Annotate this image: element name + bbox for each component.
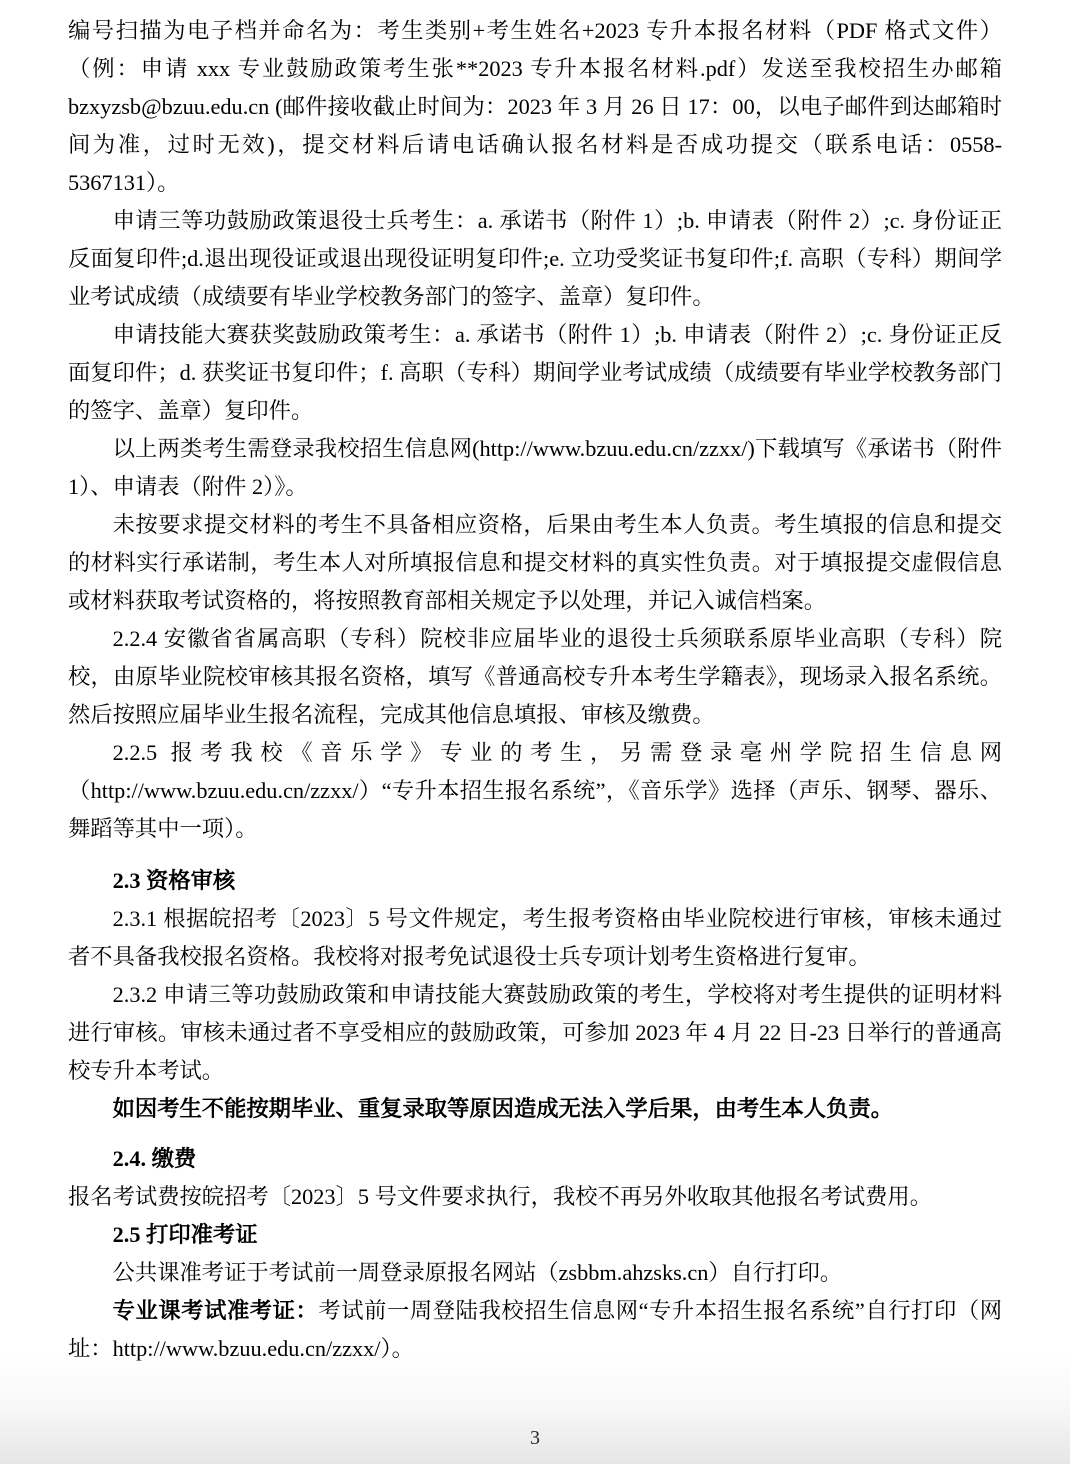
para-download-attachments: 以上两类考生需登录我校招生信息网(http://www.bzuu.edu.cn/… [68,430,1002,506]
para-2-2-5-url: （http://www.bzuu.edu.cn/zzxx/） [68,778,382,803]
heading-2-3-qualification-review: 2.3 资格审核 [68,862,1002,900]
para-public-course-ticket: 公共课准考证于考试前一周登录原报名网站（zsbbm.ahzsks.cn）自行打印… [68,1254,1002,1292]
para-merit-veteran-materials: 申请三等功鼓励政策退役士兵考生：a. 承诺书（附件 1）;b. 申请表（附件 2… [68,202,1002,316]
document-body: 编号扫描为电子档并命名为：考生类别+考生姓名+2023 专升本报名材料（PDF … [68,12,1002,1368]
heading-2-4-payment: 2.4. 缴费 [68,1140,1002,1178]
para-2-2-5-music-major: 2.2.5 报考我校《音乐学》专业的考生，另需登录亳州学院招生信息网（http:… [68,734,1002,848]
para-responsibility-commitment: 未按要求提交材料的考生不具备相应资格，后果由考生本人负责。考生填报的信息和提交的… [68,506,1002,620]
para-skill-competition-materials: 申请技能大赛获奖鼓励政策考生：a. 承诺书（附件 1）;b. 申请表（附件 2）… [68,316,1002,430]
para-email-submission: 编号扫描为电子档并命名为：考生类别+考生姓名+2023 专升本报名材料（PDF … [68,12,1002,202]
page-number: 3 [0,1426,1070,1450]
para-2-3-2-incentive-review: 2.3.2 申请三等功鼓励政策和申请技能大赛鼓励政策的考生，学校将对考生提供的证… [68,976,1002,1090]
heading-2-5-print-ticket: 2.5 打印准考证 [68,1216,1002,1254]
document-page: 编号扫描为电子档并命名为：考生类别+考生姓名+2023 专升本报名材料（PDF … [0,0,1070,1464]
para-2-2-5-text: 2.2.5 报考我校《音乐学》专业的考生，另需登录亳州学院招生信息网 [113,740,1002,765]
para-graduation-responsibility: 如因考生不能按期毕业、重复录取等原因造成无法入学后果，由考生本人负责。 [68,1090,1002,1128]
para-2-2-4-non-current-veterans: 2.2.4 安徽省省属高职（专科）院校非应届毕业的退役士兵须联系原毕业高职（专科… [68,620,1002,734]
para-professional-course-ticket: 专业课考试准考证：考试前一周登陆我校招生信息网“专升本招生报名系统”自行打印（网… [68,1292,1002,1368]
para-2-3-1-review-rule: 2.3.1 根据皖招考〔2023〕5 号文件规定，考生报考资格由毕业院校进行审核… [68,900,1002,976]
para-exam-fee: 报名考试费按皖招考〔2023〕5 号文件要求执行，我校不再另外收取其他报名考试费… [68,1178,1002,1216]
para-professional-course-ticket-lead: 专业课考试准考证： [113,1298,319,1323]
